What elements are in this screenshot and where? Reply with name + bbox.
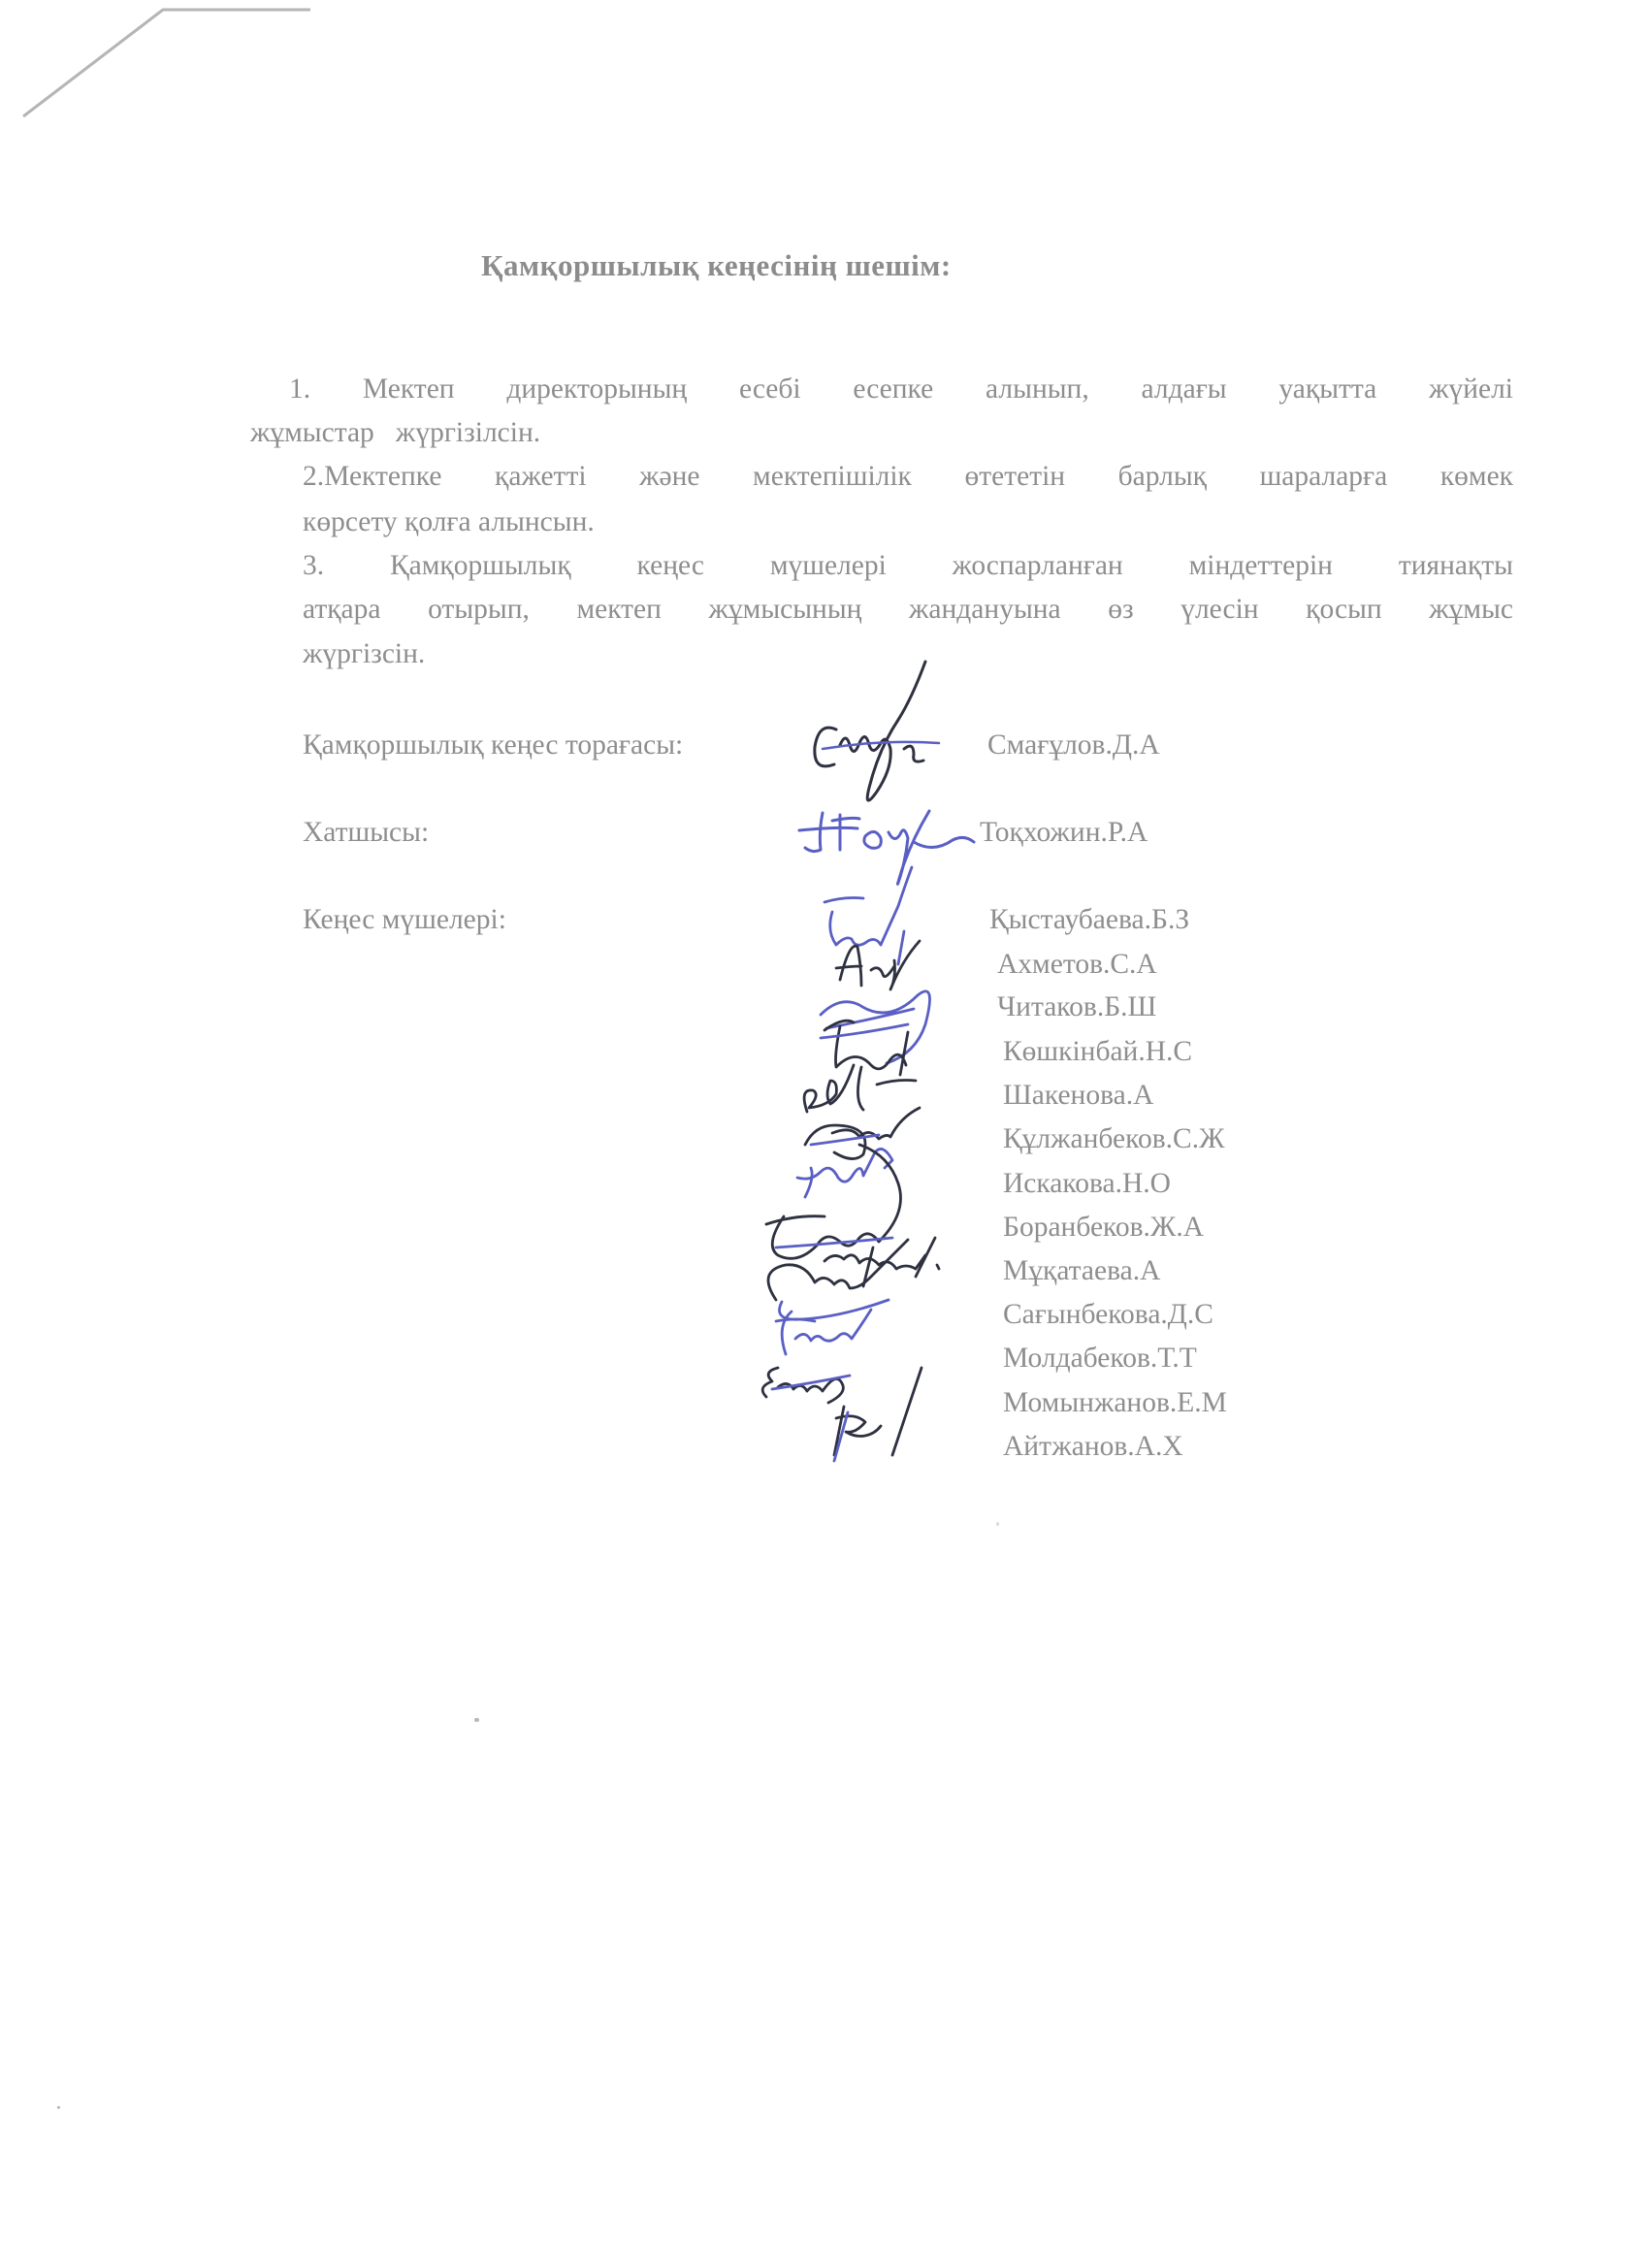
member-name: Молдабеков.Т.Т — [1003, 1343, 1197, 1375]
chair-label: Қамқоршылық кеңес торағасы: — [303, 729, 683, 761]
resolution-1-line-2: жұмыстар жүргізілсін. — [250, 417, 540, 449]
member-name: Ахметов.С.А — [997, 949, 1157, 981]
resolution-1-line-1: 1. Мектеп директорының есебі есепке алын… — [289, 373, 1513, 405]
members-signatures — [762, 867, 939, 1461]
secretary-signature — [799, 811, 974, 884]
document-title: Қамқоршылық кеңесінің шешім: — [481, 248, 952, 283]
member-name: Айтжанов.А.Х — [1003, 1431, 1183, 1463]
resolution-3-line-1: 3. Қамқоршылық кеңес мүшелері жоспарланғ… — [303, 550, 1513, 582]
chair-signature — [815, 662, 939, 800]
member-name: Боранбеков.Ж.А — [1003, 1212, 1204, 1244]
members-label: Кеңес мүшелері: — [303, 904, 506, 936]
resolution-3-line-3: жүргізсін. — [303, 638, 425, 670]
scan-speck — [57, 2106, 60, 2109]
member-name: Искакова.Н.О — [1003, 1168, 1171, 1200]
chair-name: Смағұлов.Д.А — [987, 729, 1160, 761]
member-name: Қыстаубаева.Б.З — [989, 904, 1189, 936]
member-name: Сағынбекова.Д.С — [1003, 1299, 1213, 1331]
member-name: Момынжанов.Е.М — [1003, 1387, 1227, 1419]
member-name: Көшкінбай.Н.С — [1003, 1036, 1192, 1068]
page-corner-fold — [0, 0, 310, 136]
resolution-3-line-2: атқара отырып, мектеп жұмысының жандануы… — [303, 594, 1513, 626]
handwritten-signatures — [0, 0, 1649, 2268]
resolution-2-line-2: көрсету қолға алынсын. — [303, 506, 595, 538]
secretary-name: Тоқхожин.Р.А — [980, 817, 1148, 849]
scan-speck — [996, 1522, 999, 1526]
member-name: Құлжанбеков.С.Ж — [1003, 1123, 1225, 1155]
member-name: Мұқатаева.А — [1003, 1255, 1160, 1287]
secretary-label: Хатшысы: — [303, 817, 429, 849]
scan-speck — [474, 1718, 479, 1722]
member-name: Читаков.Б.Ш — [997, 991, 1156, 1023]
member-name: Шакенова.А — [1003, 1080, 1153, 1112]
resolution-2-line-1: 2.Мектепке қажетті және мектепішілік өте… — [303, 461, 1513, 493]
